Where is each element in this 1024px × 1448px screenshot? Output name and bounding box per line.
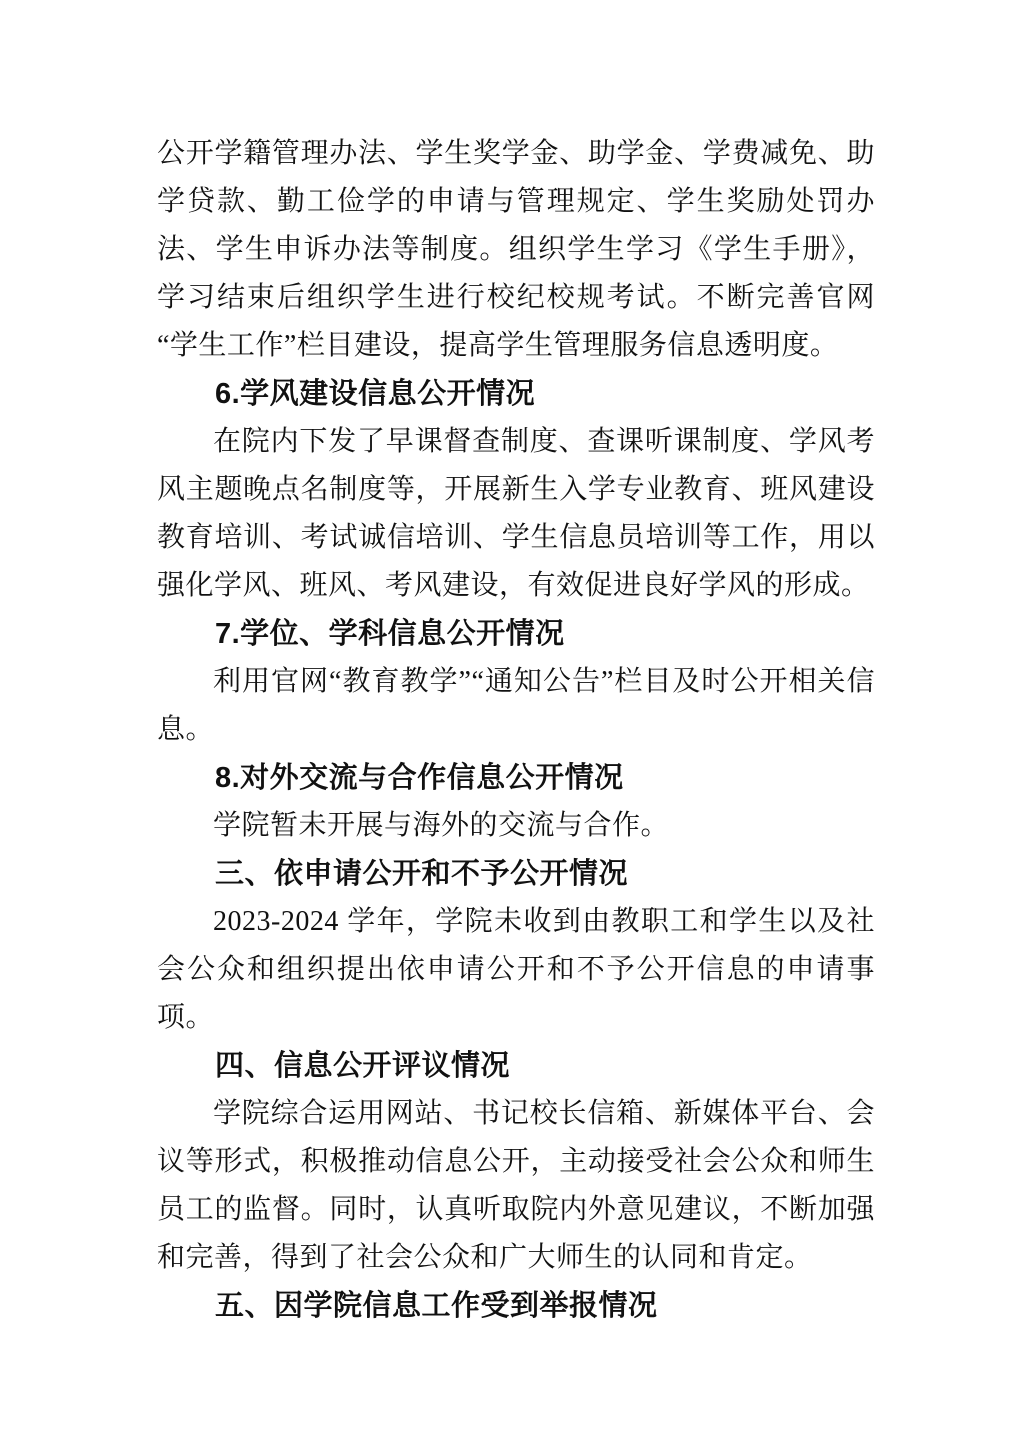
- document-page: 公开学籍管理办法、学生奖学金、助学金、学费减免、助学贷款、勤工俭学的申请与管理规…: [0, 0, 1024, 1448]
- heading-7-degree-discipline-disclosure: 7.学位、学科信息公开情况: [157, 610, 875, 658]
- heading-5-complaints-received: 五、因学院信息工作受到举报情况: [157, 1282, 875, 1330]
- document-content: 公开学籍管理办法、学生奖学金、助学金、学费减免、助学贷款、勤工俭学的申请与管理规…: [157, 130, 875, 1330]
- heading-3-disclosure-upon-request: 三、依申请公开和不予公开情况: [157, 850, 875, 898]
- heading-4-disclosure-review: 四、信息公开评议情况: [157, 1042, 875, 1090]
- paragraph-disclosure-review: 学院综合运用网站、书记校长信箱、新媒体平台、会议等形式，积极推动信息公开，主动接…: [157, 1090, 875, 1282]
- paragraph-degree-discipline-disclosure: 利用官网“教育教学”“通知公告”栏目及时公开相关信息。: [157, 658, 875, 754]
- paragraph-external-exchange-disclosure: 学院暂未开展与海外的交流与合作。: [157, 802, 875, 850]
- paragraph-disclosure-upon-request: 2023-2024 学年，学院未收到由教职工和学生以及社会公众和组织提出依申请公…: [157, 898, 875, 1042]
- paragraph-student-affairs-continuation: 公开学籍管理办法、学生奖学金、助学金、学费减免、助学贷款、勤工俭学的申请与管理规…: [157, 130, 875, 370]
- heading-8-external-exchange-disclosure: 8.对外交流与合作信息公开情况: [157, 754, 875, 802]
- heading-6-study-style-disclosure: 6.学风建设信息公开情况: [157, 370, 875, 418]
- paragraph-study-style-disclosure: 在院内下发了早课督查制度、查课听课制度、学风考风主题晚点名制度等，开展新生入学专…: [157, 418, 875, 610]
